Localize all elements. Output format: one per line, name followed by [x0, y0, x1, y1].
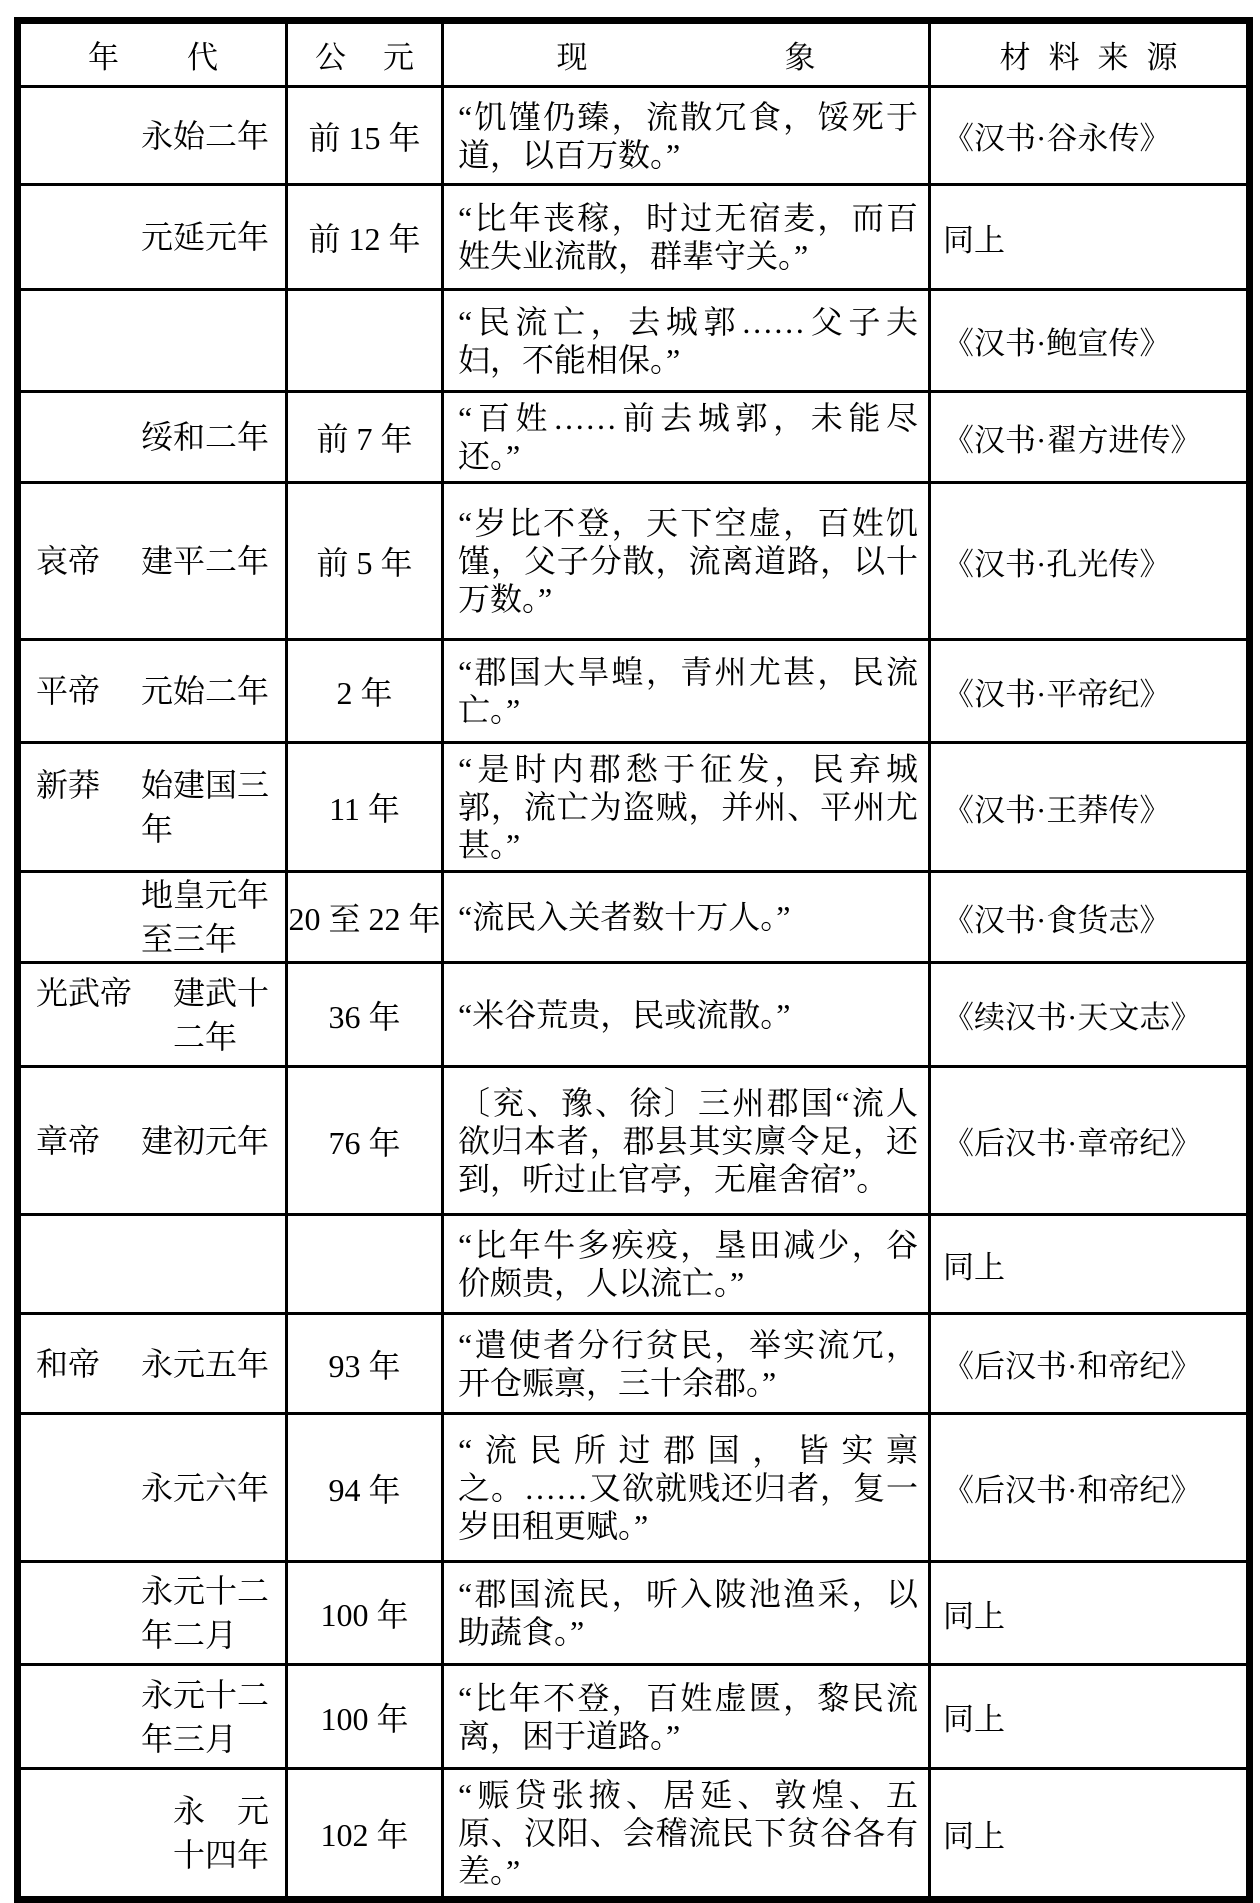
- table-row: 章帝建初元年76 年〔兖、豫、徐〕三州郡国“流人欲归本者，郡县其实廪令足，还到，…: [18, 1067, 1250, 1215]
- era-cell: 永元六年: [18, 1414, 287, 1562]
- era-cell: 绥和二年: [18, 392, 287, 483]
- source-cell: 同上: [930, 185, 1250, 290]
- phenomenon-cell: “比年牛多疾疫，垦田减少，谷价颇贵，人以流亡。”: [443, 1215, 930, 1314]
- era-row: 地皇元年 至三年: [36, 873, 269, 961]
- table-row: 光武帝建武十 二年36 年“米谷荒贵，民或流散。”《续汉书·天文志》: [18, 963, 1250, 1067]
- year-cell: 前 15 年: [287, 87, 443, 185]
- year-cell: 100 年: [287, 1665, 443, 1769]
- era-cell: 光武帝建武十 二年: [18, 963, 287, 1067]
- era-cell: 平帝元始二年: [18, 640, 287, 743]
- phenomenon-cell: 〔兖、豫、徐〕三州郡国“流人欲归本者，郡县其实廪令足，还到，听过止官亭，无雇舍宿…: [443, 1067, 930, 1215]
- source-cell: 《汉书·平帝纪》: [930, 640, 1250, 743]
- era-label: 永元六年: [141, 1466, 269, 1510]
- emperor-label: 平帝: [36, 669, 100, 713]
- source-cell: 同上: [930, 1215, 1250, 1314]
- era-label: 建平二年: [141, 539, 269, 583]
- table-row: 地皇元年 至三年20 至 22 年“流民入关者数十万人。”《汉书·食货志》: [18, 872, 1250, 963]
- year-cell: 前 12 年: [287, 185, 443, 290]
- year-cell: [287, 290, 443, 392]
- source-cell: 《汉书·谷永传》: [930, 87, 1250, 185]
- emperor-label: 新莽: [36, 763, 100, 807]
- table-row: 永元十二 年二月100 年“郡国流民，听入陂池渔采，以助蔬食。”同上: [18, 1562, 1250, 1665]
- source-cell: 《汉书·鲍宣传》: [930, 290, 1250, 392]
- year-cell: 36 年: [287, 963, 443, 1067]
- era-label: 永 元 十四年: [173, 1789, 269, 1877]
- era-cell: [18, 290, 287, 392]
- han-refugee-records-table: 年代 公元 现象 材料来源 永始二年前 15 年“饥馑仍臻，流散冗食，馁死于道，…: [14, 17, 1253, 1903]
- year-cell: 11 年: [287, 743, 443, 872]
- era-cell: [18, 1215, 287, 1314]
- year-cell: 94 年: [287, 1414, 443, 1562]
- phenomenon-cell: “赈贷张掖、居延、敦煌、五原、汉阳、会稽流民下贫谷各有差。”: [443, 1769, 930, 1900]
- era-cell: 地皇元年 至三年: [18, 872, 287, 963]
- scanned-page: 年代 公元 现象 材料来源 永始二年前 15 年“饥馑仍臻，流散冗食，馁死于道，…: [14, 17, 1253, 1903]
- era-row: 平帝元始二年: [36, 669, 269, 713]
- header-row: 年代 公元 现象 材料来源: [18, 21, 1250, 87]
- table-row: 平帝元始二年2 年“郡国大旱蝗，青州尤甚，民流亡。”《汉书·平帝纪》: [18, 640, 1250, 743]
- col-header-year: 公元: [287, 21, 443, 87]
- era-cell: 元延元年: [18, 185, 287, 290]
- era-row: 章帝建初元年: [36, 1119, 269, 1163]
- phenomenon-cell: “饥馑仍臻，流散冗食，馁死于道，以百万数。”: [443, 87, 930, 185]
- era-label: 地皇元年 至三年: [141, 873, 269, 961]
- source-cell: 同上: [930, 1562, 1250, 1665]
- phenomenon-cell: “郡国流民，听入陂池渔采，以助蔬食。”: [443, 1562, 930, 1665]
- era-cell: 永始二年: [18, 87, 287, 185]
- table-header: 年代 公元 现象 材料来源: [18, 21, 1250, 87]
- era-row: 元延元年: [36, 215, 269, 259]
- col-header-era: 年代: [18, 21, 287, 87]
- emperor-label: 哀帝: [36, 539, 100, 583]
- era-cell: 章帝建初元年: [18, 1067, 287, 1215]
- year-cell: 100 年: [287, 1562, 443, 1665]
- year-cell: 20 至 22 年: [287, 872, 443, 963]
- era-label: 绥和二年: [141, 415, 269, 459]
- era-row: 和帝永元五年: [36, 1342, 269, 1386]
- phenomenon-cell: “是时内郡愁于征发，民弃城郭，流亡为盗贼，并州、平州尤甚。”: [443, 743, 930, 872]
- era-label: 建武十 二年: [173, 971, 269, 1059]
- era-label: 建初元年: [141, 1119, 269, 1163]
- era-row: 永始二年: [36, 114, 269, 158]
- phenomenon-cell: “流民所过郡国，皆实禀之。……又欲就贱还归者，复一岁田租更赋。”: [443, 1414, 930, 1562]
- source-cell: 《续汉书·天文志》: [930, 963, 1250, 1067]
- table-row: 和帝永元五年93 年“遣使者分行贫民，举实流冗，开仓赈禀，三十余郡。”《后汉书·…: [18, 1314, 1250, 1414]
- year-cell: 102 年: [287, 1769, 443, 1900]
- source-cell: 《后汉书·和帝纪》: [930, 1414, 1250, 1562]
- phenomenon-cell: “流民入关者数十万人。”: [443, 872, 930, 963]
- phenomenon-cell: “百姓……前去城郭，未能尽还。”: [443, 392, 930, 483]
- era-label: 永元十二 年二月: [141, 1569, 269, 1657]
- col-header-source: 材料来源: [930, 21, 1250, 87]
- phenomenon-cell: “米谷荒贵，民或流散。”: [443, 963, 930, 1067]
- source-cell: 《汉书·食货志》: [930, 872, 1250, 963]
- phenomenon-cell: “民流亡，去城郭……父子夫妇，不能相保。”: [443, 290, 930, 392]
- era-row: 永元六年: [36, 1466, 269, 1510]
- era-row: 哀帝建平二年: [36, 539, 269, 583]
- era-row: 光武帝建武十 二年: [36, 971, 269, 1059]
- phenomenon-cell: “郡国大旱蝗，青州尤甚，民流亡。”: [443, 640, 930, 743]
- year-cell: 前 5 年: [287, 483, 443, 640]
- era-cell: 新莽始建国三 年: [18, 743, 287, 872]
- year-cell: [287, 1215, 443, 1314]
- era-cell: 永 元 十四年: [18, 1769, 287, 1900]
- era-label: 永元五年: [141, 1342, 269, 1386]
- table-row: 元延元年前 12 年“比年丧稼，时过无宿麦，而百姓失业流散，群辈守关。”同上: [18, 185, 1250, 290]
- era-row: 新莽始建国三 年: [36, 763, 269, 851]
- table-row: 哀帝建平二年前 5 年“岁比不登，天下空虚，百姓饥馑，父子分散，流离道路，以十万…: [18, 483, 1250, 640]
- source-cell: 《汉书·王莽传》: [930, 743, 1250, 872]
- era-label: 始建国三 年: [141, 763, 269, 851]
- era-cell: 和帝永元五年: [18, 1314, 287, 1414]
- era-row: 永元十二 年三月: [36, 1673, 269, 1761]
- table-row: 永 元 十四年102 年“赈贷张掖、居延、敦煌、五原、汉阳、会稽流民下贫谷各有差…: [18, 1769, 1250, 1900]
- table-row: 永元十二 年三月100 年“比年不登，百姓虚匮，黎民流离，困于道路。”同上: [18, 1665, 1250, 1769]
- table-row: 绥和二年前 7 年“百姓……前去城郭，未能尽还。”《汉书·翟方进传》: [18, 392, 1250, 483]
- era-label: 元始二年: [141, 669, 269, 713]
- era-cell: 永元十二 年三月: [18, 1665, 287, 1769]
- year-cell: 2 年: [287, 640, 443, 743]
- table-row: 永始二年前 15 年“饥馑仍臻，流散冗食，馁死于道，以百万数。”《汉书·谷永传》: [18, 87, 1250, 185]
- source-cell: 《汉书·孔光传》: [930, 483, 1250, 640]
- emperor-label: 和帝: [36, 1342, 100, 1386]
- table-row: “民流亡，去城郭……父子夫妇，不能相保。”《汉书·鲍宣传》: [18, 290, 1250, 392]
- phenomenon-cell: “比年丧稼，时过无宿麦，而百姓失业流散，群辈守关。”: [443, 185, 930, 290]
- table-body: 永始二年前 15 年“饥馑仍臻，流散冗食，馁死于道，以百万数。”《汉书·谷永传》…: [18, 87, 1250, 1900]
- year-cell: 前 7 年: [287, 392, 443, 483]
- source-cell: 《汉书·翟方进传》: [930, 392, 1250, 483]
- source-cell: 同上: [930, 1769, 1250, 1900]
- era-label: 永始二年: [141, 114, 269, 158]
- source-cell: 同上: [930, 1665, 1250, 1769]
- year-cell: 93 年: [287, 1314, 443, 1414]
- source-cell: 《后汉书·章帝纪》: [930, 1067, 1250, 1215]
- era-label: 元延元年: [141, 215, 269, 259]
- emperor-label: 光武帝: [36, 971, 132, 1015]
- era-row: 永元十二 年二月: [36, 1569, 269, 1657]
- era-row: 绥和二年: [36, 415, 269, 459]
- source-cell: 《后汉书·和帝纪》: [930, 1314, 1250, 1414]
- era-row: 永 元 十四年: [36, 1789, 269, 1877]
- era-cell: 哀帝建平二年: [18, 483, 287, 640]
- col-header-phenomenon: 现象: [443, 21, 930, 87]
- table-row: 永元六年94 年“流民所过郡国，皆实禀之。……又欲就贱还归者，复一岁田租更赋。”…: [18, 1414, 1250, 1562]
- table-row: 新莽始建国三 年11 年“是时内郡愁于征发，民弃城郭，流亡为盗贼，并州、平州尤甚…: [18, 743, 1250, 872]
- era-cell: 永元十二 年二月: [18, 1562, 287, 1665]
- era-label: 永元十二 年三月: [141, 1673, 269, 1761]
- phenomenon-cell: “岁比不登，天下空虚，百姓饥馑，父子分散，流离道路，以十万数。”: [443, 483, 930, 640]
- phenomenon-cell: “遣使者分行贫民，举实流冗，开仓赈禀，三十余郡。”: [443, 1314, 930, 1414]
- emperor-label: 章帝: [36, 1119, 100, 1163]
- table-row: “比年牛多疾疫，垦田减少，谷价颇贵，人以流亡。”同上: [18, 1215, 1250, 1314]
- year-cell: 76 年: [287, 1067, 443, 1215]
- phenomenon-cell: “比年不登，百姓虚匮，黎民流离，困于道路。”: [443, 1665, 930, 1769]
